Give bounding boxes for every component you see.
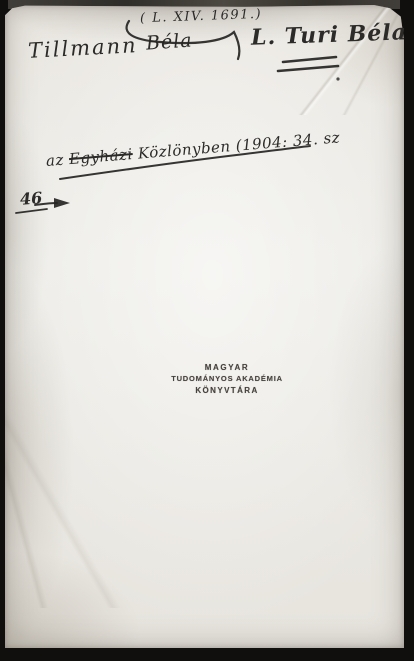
corrected-name-annotation: L. Turi Béla (251, 19, 408, 50)
note-part1: az (45, 150, 69, 170)
owner-forename-annotation: Béla (145, 29, 193, 54)
stamp-line2: TUDOMÁNYOS AKADÉMIA (152, 373, 302, 385)
scanned-page: { "page": { "kind": "scanned book flylea… (0, 0, 414, 661)
page-ref-annotation: 46 (19, 188, 43, 209)
edge-crease (5, 348, 125, 608)
paper (5, 5, 404, 648)
stamp-line3: KÖNYVTÁRA (152, 385, 302, 397)
library-stamp: MAGYAR TUDOMÁNYOS AKADÉMIA KÖNYVTÁRA (152, 362, 302, 397)
stamp-line1: MAGYAR (152, 362, 302, 373)
